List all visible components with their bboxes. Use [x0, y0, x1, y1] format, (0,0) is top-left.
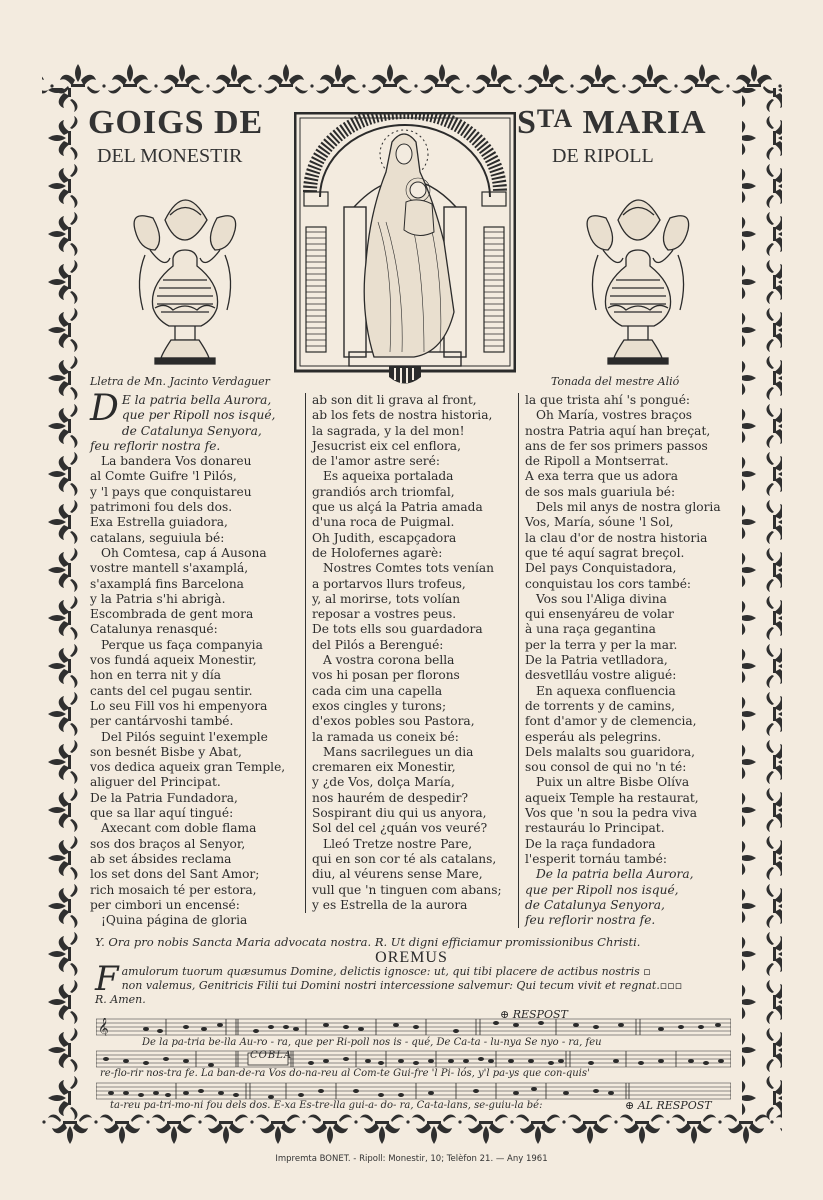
verse-line: ab son dit li grava al front, [312, 393, 517, 408]
verse-line: Jesucrist eix cel enflora, [312, 439, 517, 454]
versicle: Y. Ora pro nobis Sancta Maria advocata n… [95, 935, 640, 949]
verse-line: De la Patria Fundadora, [90, 791, 295, 806]
svg-text:𝄞: 𝄞 [98, 1018, 109, 1036]
verse-line: feu reflorir nostra fe. [525, 913, 750, 928]
verse-line: ab los fets de nostra historia, [312, 408, 517, 423]
prayer-line: non valemus, Genitricis Filii tui Domini… [95, 979, 740, 993]
virgin-and-child-woodcut [294, 112, 516, 387]
verse-line: patrimoni fou dels dos. [90, 500, 295, 515]
verse-line: de torrents y de camins, [525, 699, 750, 714]
verse-line: a portarvos llurs trofeus, [312, 577, 517, 592]
title-left: GOIGS DE [88, 104, 263, 142]
verse-line: feu reflorir nostra fe. [90, 439, 295, 454]
prayer-line: amulorum tuorum quæsumus Domine, delicti… [95, 965, 740, 979]
verse-line: al Comte Guifre 'l Pilós, [90, 469, 295, 484]
verse-line: los set dons del Sant Amor; [90, 867, 295, 882]
verse-line: Axecant com doble flama [90, 821, 295, 836]
staff-notes-icon [96, 1082, 731, 1100]
verse-line: Escombrada de gent mora [90, 607, 295, 622]
verse-line: per la terra y per la mar. [525, 638, 750, 653]
verse-line: cada cim una capella [312, 684, 517, 699]
lyric-line-3: ta-reu pa-tri-mo-ni fou dels dos. E-xa E… [110, 1100, 542, 1111]
verse-line: que sa llar aquí tingué: [90, 806, 295, 821]
prayer-drop-cap: F [95, 965, 119, 993]
verse-line: Oh María, vostres braços [525, 408, 750, 423]
verse-line: Del pays Conquistadora, [525, 561, 750, 576]
verse-line: ans de fer sos primers passos [525, 439, 750, 454]
music-staff-3 [96, 1082, 731, 1100]
verse-line: restauráu lo Principat. [525, 821, 750, 836]
verse-line: d'una roca de Puigmal. [312, 515, 517, 530]
verse-line: rich mosaich té per estora, [90, 883, 295, 898]
verse-line: Dels mil anys de nostra gloria [525, 500, 750, 515]
verse-line: Catalunya renasqué: [90, 622, 295, 637]
title-right-sup: TA [537, 104, 573, 133]
verse-line: vull que 'n tinguen com abans; [312, 883, 517, 898]
verse-line: De la patria bella Aurora, [525, 867, 750, 882]
verse-line: Lleó Tretze nostre Pare, [312, 837, 517, 852]
verse-line: vos fundá aqueix Monestir, [90, 653, 295, 668]
verse-line: A vostra corona bella [312, 653, 517, 668]
verse-line: aqueix Temple ha restaurat, [525, 791, 750, 806]
verse-line: qui ensenyáreu de volar [525, 607, 750, 622]
lyric-line-2: re-flo-rir nos-tra fe. La ban-de-ra Vos … [100, 1068, 590, 1079]
verse-line: La bandera Vos donareu [90, 454, 295, 469]
staff-notes-icon: 𝄞 [96, 1018, 731, 1036]
verse-line: De la raça fundadora [525, 837, 750, 852]
verse-line: desvetlláu vostre aligué: [525, 668, 750, 683]
collect-prayer: F amulorum tuorum quæsumus Domine, delic… [95, 965, 740, 1007]
verse-line: vostre mantell s'axamplá, [90, 561, 295, 576]
lyric-line-1: De la pa-tria be-lla Au-ro - ra, que per… [142, 1037, 602, 1048]
tune-credit: Tonada del mestre Alió [551, 375, 679, 388]
verse-line: que per Ripoll nos isqué, [90, 408, 295, 423]
title-right-s: S [517, 104, 537, 141]
verse-column-1: D E la patria bella Aurora,que per Ripol… [90, 393, 295, 928]
verse-line: Sol del cel ¿quán vos veuré? [312, 821, 517, 836]
verse-line: que té aquí sagrat breçol. [525, 546, 750, 561]
verse-line: de Catalunya Senyora, [525, 898, 750, 913]
verse-line: reposar a vostres peus. [312, 607, 517, 622]
verse-line: sou consol de qui no 'n té: [525, 760, 750, 775]
verse-line: conquistau los cors també: [525, 577, 750, 592]
verse-line: y la Patria s'hi abrigà. [90, 592, 295, 607]
verse-line: grandiós arch triomfal, [312, 485, 517, 500]
verse-line: De tots ells sou guardadora [312, 622, 517, 637]
verse-line: Exa Estrella guiadora, [90, 515, 295, 530]
verse-line: la que trista ahí 's pongué: [525, 393, 750, 408]
verse-line: ¡Quina página de gloria [90, 913, 295, 928]
verse-line: y ¿de Vos, dolça María, [312, 775, 517, 790]
verse-line: del Pilós a Berengué: [312, 638, 517, 653]
verse-line: Vos que 'n sou la pedra viva [525, 806, 750, 821]
verse-line: vos hi posan per florons [312, 668, 517, 683]
verse-line: Mans sacrilegues un dia [312, 745, 517, 760]
lyrics-credit: Lletra de Mn. Jacinto Verdaguer [90, 375, 270, 388]
music-staff-1: 𝄞 [96, 1018, 731, 1036]
verse-line: Sospirant diu qui us anyora, [312, 806, 517, 821]
verse-line: Puix un altre Bisbe Olíva [525, 775, 750, 790]
verse-line: y 'l pays que conquistareu [90, 485, 295, 500]
verse-line: que per Ripoll nos isqué, [525, 883, 750, 898]
verse-line: Nostres Comtes tots venían [312, 561, 517, 576]
verse-line: qui en son cor té als catalans, [312, 852, 517, 867]
verse-line: son besnét Bisbe y Abat, [90, 745, 295, 760]
verse-line: exos cingles y turons; [312, 699, 517, 714]
verse-line: Vos, María, sóune 'l Sol, [525, 515, 750, 530]
verse-line: A exa terra que us adora [525, 469, 750, 484]
verse-line: Vos sou l'Aliga divina [525, 592, 750, 607]
verse-column-2: ab son dit li grava al front,ab los fets… [305, 393, 517, 913]
verse-line: s'axamplá fins Barcelona [90, 577, 295, 592]
verse-line: nos haurém de despedir? [312, 791, 517, 806]
verse-line: la clau d'or de nostra historia [525, 531, 750, 546]
title-right: STA MARIA [517, 104, 707, 142]
verse-line: sos dos braços al Senyor, [90, 837, 295, 852]
verse-line: E la patria bella Aurora, [90, 393, 295, 408]
verse-line: de Holofernes agarè: [312, 546, 517, 561]
verse-line: à una raça gegantina [525, 622, 750, 637]
printer-imprint: Impremta BONET. - Ripoll: Monestir, 10; … [0, 1154, 823, 1164]
prayer-amen: R. Amen. [95, 993, 740, 1007]
verse-line: hon en terra nit y día [90, 668, 295, 683]
subtitle-right: DE RIPOLL [552, 145, 654, 168]
verse-line: per cantárvoshi també. [90, 714, 295, 729]
verse-line: ab set ábsides reclama [90, 852, 295, 867]
verse-line: Perque us faça companyia [90, 638, 295, 653]
verse-line: Oh Judith, escapçadora [312, 531, 517, 546]
verse-line: cremaren eix Monestir, [312, 760, 517, 775]
verse-line: aliguer del Principat. [90, 775, 295, 790]
verse-line: la sagrada, y la del mon! [312, 424, 517, 439]
verse-line: y, al morirse, tots volían [312, 592, 517, 607]
verse-line: l'esperit tornáu també: [525, 852, 750, 867]
flower-vase-right [578, 180, 698, 370]
verse-line: En aquexa confluencia [525, 684, 750, 699]
verse-line: la ramada us coneix bé: [312, 730, 517, 745]
verse-line: Lo seu Fill vos hi empenyora [90, 699, 295, 714]
verse-line: de Catalunya Senyora, [90, 424, 295, 439]
verse-line: d'exos pobles sou Pastora, [312, 714, 517, 729]
cobla-label: COBLA [250, 1050, 292, 1061]
title-right-rest: MARIA [573, 104, 706, 141]
verse-line: vos dedica aqueix gran Temple, [90, 760, 295, 775]
verse-line: que us alçá la Patria amada [312, 500, 517, 515]
subtitle-left: DEL MONESTIR [97, 145, 242, 168]
verse-line: de l'amor astre seré: [312, 454, 517, 469]
al-respost-marker: ⊕ AL RESPOST [625, 1099, 712, 1112]
verse-line: y es Estrella de la aurora [312, 898, 517, 913]
music-staff-2 [96, 1050, 731, 1068]
verse-line: diu, al véurens sense Mare, [312, 867, 517, 882]
verse-line: catalans, seguiula bé: [90, 531, 295, 546]
verse-column-3: la que trista ahí 's pongué:Oh María, vo… [518, 393, 750, 928]
verse-line: de sos mals guariula bé: [525, 485, 750, 500]
verse-line: nostra Patria aquí han breçat, [525, 424, 750, 439]
verse-line: Oh Comtesa, cap á Ausona [90, 546, 295, 561]
verse-line: de Ripoll a Montserrat. [525, 454, 750, 469]
flower-vase-left [125, 180, 245, 370]
verse-line: Es aqueixa portalada [312, 469, 517, 484]
verse-line: De la Patria vetlladora, [525, 653, 750, 668]
verse-line: Dels malalts sou guaridora, [525, 745, 750, 760]
verse-line: Del Pilós seguint l'exemple [90, 730, 295, 745]
verse-line: per cimbori un encensé: [90, 898, 295, 913]
verse-line: font d'amor y de clemencia, [525, 714, 750, 729]
verse-line: esperáu als pelegrins. [525, 730, 750, 745]
staff-notes-icon [96, 1050, 731, 1068]
verse-line: cants del cel pugau sentir. [90, 684, 295, 699]
drop-cap: D [90, 394, 119, 424]
